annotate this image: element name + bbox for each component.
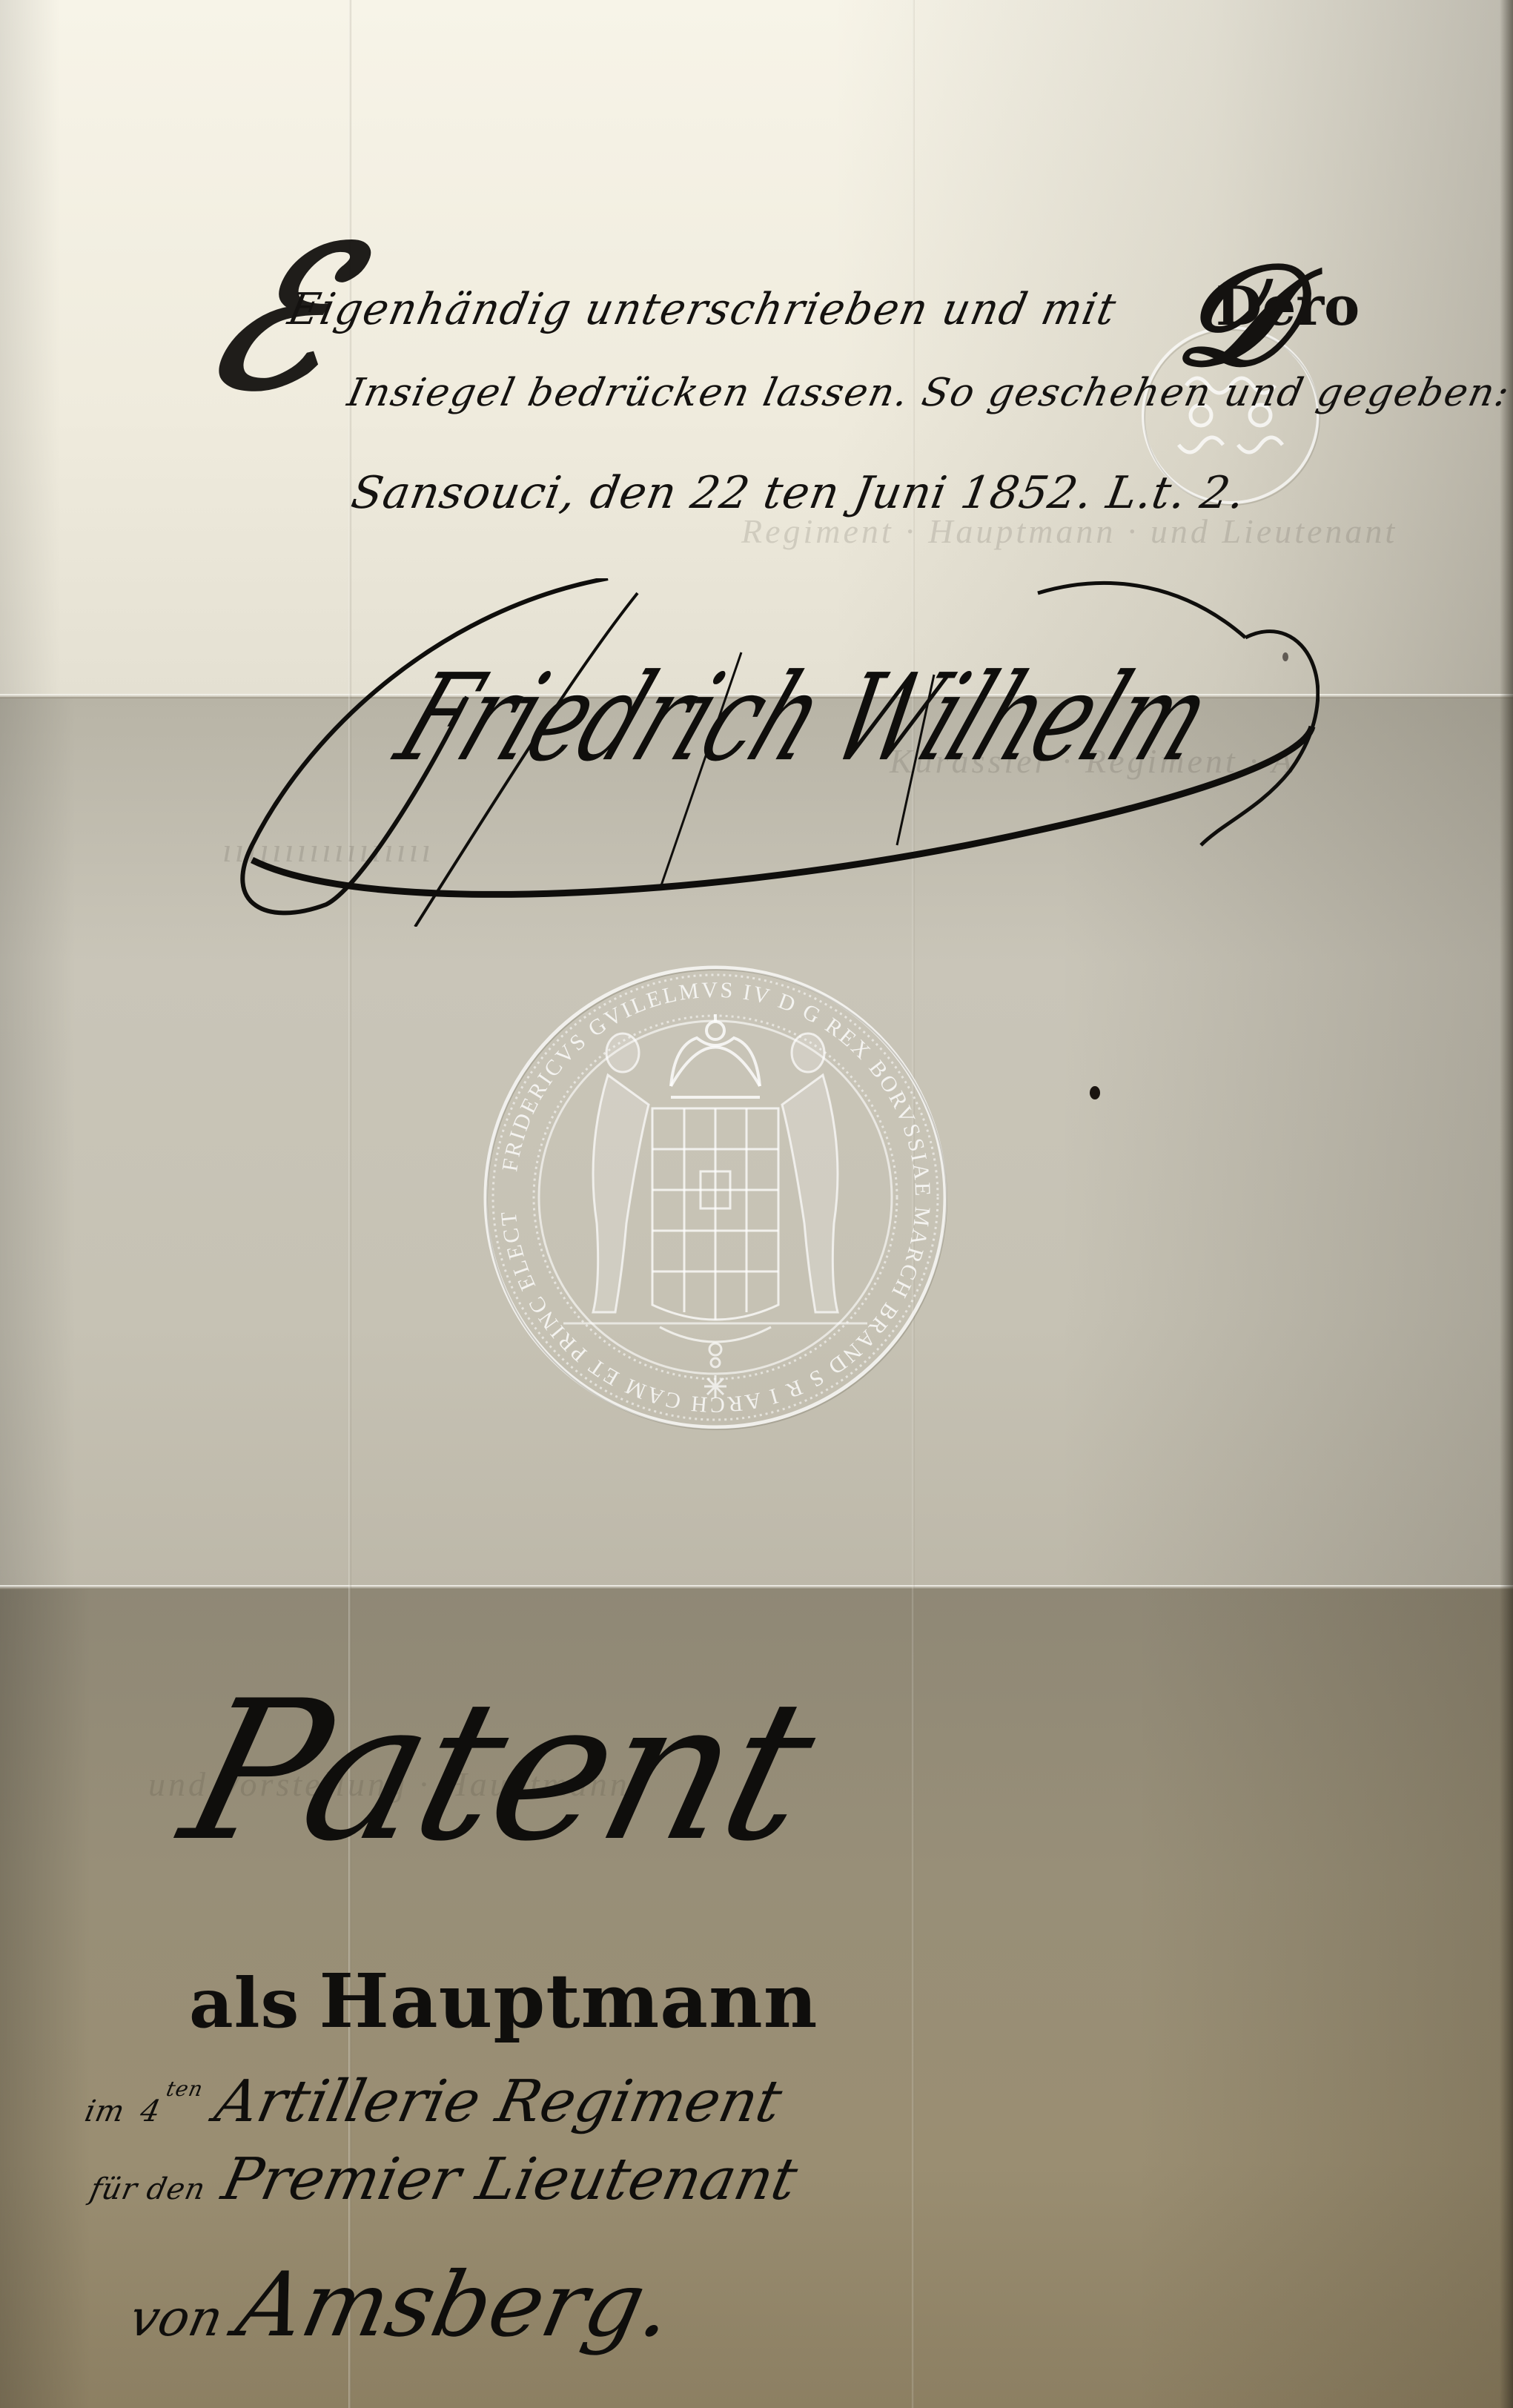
- paper-right-edge: [1500, 0, 1513, 2408]
- name-prefix: von: [125, 2289, 228, 2348]
- closing-formula-line-1: Eigenhändig unterschrieben und mit: [284, 284, 1122, 334]
- place-date-line: Sansouci, den 22 ten Juni 1852. L.t. 2.: [348, 467, 1250, 519]
- rank-title: Hauptmann: [319, 1957, 818, 2045]
- former-rank-prefix: für den: [87, 2172, 208, 2206]
- royal-signature: Friedrich Wilhelm: [222, 578, 1320, 927]
- fold-line-lower: [0, 1585, 1513, 1590]
- recipient-name: Amsberg.: [228, 2254, 682, 2357]
- document-sheet: Regiment · Hauptmann · und Lieutenant ıı…: [0, 0, 1513, 2408]
- ink-speck: [1090, 1086, 1100, 1099]
- recipient-name-line: vonAmsberg.: [122, 2254, 682, 2357]
- rank-line: alsHauptmann: [189, 1957, 818, 2045]
- former-rank-line: für denPremier Lieutenant: [85, 2146, 803, 2213]
- royal-seal-icon: FRIDERICVS GVILELMVS IV D G REX BORVSSIA…: [474, 956, 956, 1438]
- closing-formula-line-2: Insiegel bedrücken lassen. So geschehen …: [344, 371, 1513, 415]
- signature-text: Friedrich Wilhelm: [380, 649, 1228, 789]
- fold-line-vertical: [348, 0, 351, 2408]
- regiment-prefix: im: [82, 2094, 128, 2128]
- regiment-line: im4tenArtillerie Regiment: [80, 2068, 787, 2135]
- regiment-name: Artillerie Regiment: [209, 2068, 787, 2135]
- closing-formula-dero: Dero: [1216, 274, 1360, 337]
- patent-title: Patent: [169, 1676, 828, 1868]
- ink-speck: [1282, 652, 1288, 661]
- regiment-ordinal: 4ten: [137, 2094, 202, 2128]
- rank-prefix: als: [189, 1963, 299, 2043]
- former-rank: Premier Lieutenant: [216, 2146, 803, 2213]
